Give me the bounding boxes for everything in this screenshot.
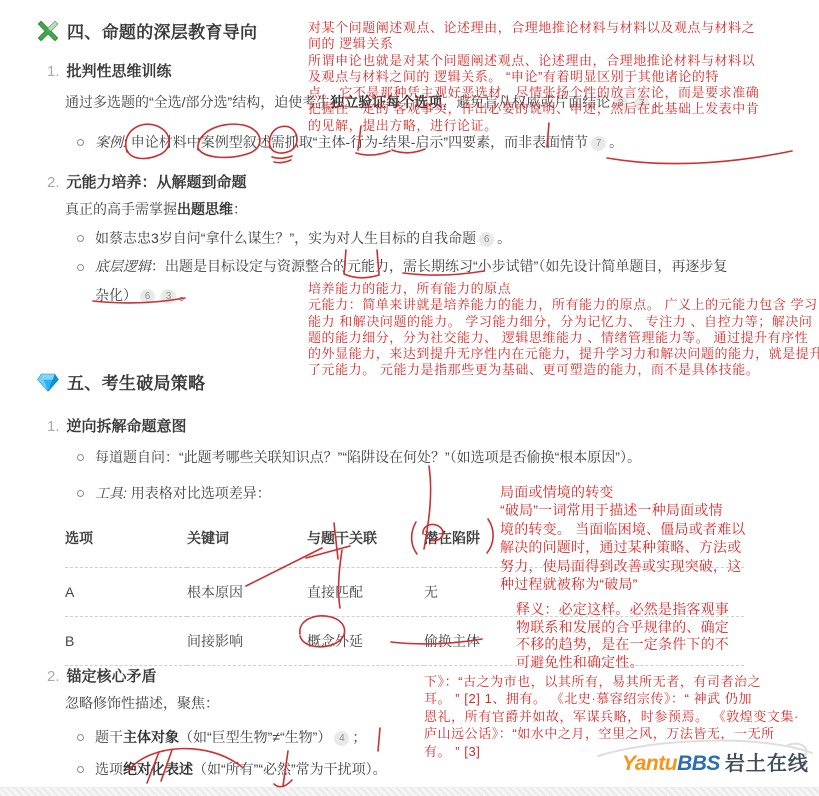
red-note-poju: 局面或情境的转变 “破局”一词常用于描述一种局面或情 境的转变。 当面临困境、僵… [500,483,770,593]
bullet-text: 题干主体对象（如“巨型生物”≠“生物”）4； [95,726,366,748]
text-run: 题干 [95,729,123,745]
text-run: 用表格对比选项差异： [127,485,271,501]
cell-relation: 直接匹配 [307,568,424,617]
logo-yantu-text: Yantu [622,752,677,775]
citation-badge: 6 [479,232,494,247]
text-run: 选项 [95,761,123,777]
gem-icon [36,370,60,394]
heading-meta-ability: 2.元能力培养：从解题到命题 [47,171,247,192]
text-run: 真正的高手需掌握 [65,201,177,217]
bullet-text: 如蔡志忠3岁自问“拿什么谋生？”，实为对人生目标的自我命题6。 [95,227,511,249]
bold-text: 绝对化表述 [123,761,193,777]
bullet-caizhizhong: 如蔡志忠3岁自问“拿什么谋生？”，实为对人生目标的自我命题6。 [77,227,797,249]
bullet-dot [77,766,84,773]
yantubbs-logo[interactable]: YantuBBS岩土在线 [622,747,809,776]
italic-label: 底层逻辑 [95,258,151,274]
bullet-text: 选项绝对化表述（如“所有”“必然”常为干扰项）。 [95,758,387,780]
cell-option: B [65,617,187,666]
bullet-dot [77,490,84,497]
bullet-dot [77,139,84,146]
logo-bbs-text: BBS [677,752,720,775]
bullet-dot [77,734,84,741]
text-run: ： [233,201,247,217]
paragraph-focus: 忽略修饰性描述，聚焦： [65,693,465,714]
red-note-meta-ability: 培养能力的能力，所有能力的原点 元能力：简单来讲就是培养能力的能力，所有能力的原… [308,281,819,379]
bold-text: 主体对象 [123,729,179,745]
italic-label: 工具: [95,485,127,501]
bullet-text: 工具: 用表格对比选项差异： [95,482,271,504]
text-run: 申论材料中案例型叙述需抓取“主体-行为-结果-启示”四要素，而非表面情节 [127,134,588,150]
bullet-dot [77,264,84,271]
green-cross-icon [36,19,60,43]
bullet-dot [77,454,84,461]
bullet-absolute-wording: 选项绝对化表述（如“所有”“必然”常为干扰项）。 [77,758,507,780]
italic-label: 案例: [95,134,127,150]
section-4-heading: 四、命题的深层教育导向 [36,18,257,43]
section-4-title: 四、命题的深层教育导向 [67,18,257,43]
bullet-case-example: 案例: 申论材料中案例型叙述需抓取“主体-行为-结果-启示”四要素，而非表面情节… [77,131,797,153]
citation-badge: 4 [334,731,349,746]
citation-badge: 7 [591,136,606,151]
heading-core-contradiction: 2.锚定核心矛盾 [47,665,157,686]
citation-badge: 6 [140,289,155,304]
heading-text: 锚定核心矛盾 [67,668,157,685]
cell-relation: 概念外延 [307,617,424,666]
list-number: 1. [47,63,60,80]
citation-badge: 3 [161,289,176,304]
heading-text: 元能力培养：从解题到命题 [67,174,247,191]
logo-chinese-text: 岩土在线 [725,753,809,775]
text-run: （如“所有”“必然”常为干扰项）。 [193,761,387,777]
heading-text: 批判性思维训练 [67,63,172,80]
text-run: ； [352,729,366,745]
cell-option: A [65,568,187,617]
column-header-keyword: 关键词 [187,522,307,568]
text-run: 。 [609,134,623,150]
paragraph-master-mindset: 真正的高手需掌握出题思维： [65,199,765,220]
text-run: 通过多选题的“全选/部分选”结构，迫使考生 [65,94,330,110]
list-number: 2. [47,668,60,685]
pen-check-biran [274,780,292,787]
cell-keyword: 间接影响 [187,617,307,666]
text-run: 。 [179,287,193,303]
bullet-text: 每道题自问：“此题考哪些关联知识点？”“陷阱设在何处？”（如选项是否偷换“根本原… [95,446,641,468]
section-5-title: 五、考生破局策略 [67,369,205,394]
text-run: 。 [497,230,511,246]
bullet-text: 案例: 申论材料中案例型叙述需抓取“主体-行为-结果-启示”四要素，而非表面情节… [95,131,623,153]
list-number: 2. [47,174,60,191]
list-number: 1. [47,418,60,435]
cell-keyword: 根本原因 [187,568,307,617]
text-run: 如蔡志忠3岁自问“拿什么谋生？”，实为对人生目标的自我命题 [95,230,476,246]
heading-text: 逆向拆解命题意图 [67,418,187,435]
heading-critical-thinking: 1.批判性思维训练 [47,60,172,81]
bullet-self-question: 每道题自问：“此题考哪些关联知识点？”“陷阱设在何处？”（如选项是否偷换“根本原… [77,446,802,468]
text-run: （如“巨型生物”≠“生物”） [179,729,331,745]
bold-text: 出题思维 [177,201,233,217]
red-note-shenlun-definition: 对某个问题阐述观点、论述理由，合理地推论材料与材料以及观点与材料之 间的 逻辑关… [308,20,819,134]
bottom-texture-bar [0,787,819,796]
heading-reverse-dismantle: 1.逆向拆解命题意图 [47,415,187,436]
column-header-relation: 与题干关联 [307,522,424,568]
bullet-dot [77,235,84,242]
section-5-heading: 五、考生破局策略 [36,369,205,394]
pen-equals-under-xu [272,156,292,163]
column-header-option: 选项 [65,522,187,568]
red-note-biran: 释义：必定这样。必然是指客观事 物联系和发展的合乎规律的、确定 不移的趋势，是在… [516,601,756,671]
